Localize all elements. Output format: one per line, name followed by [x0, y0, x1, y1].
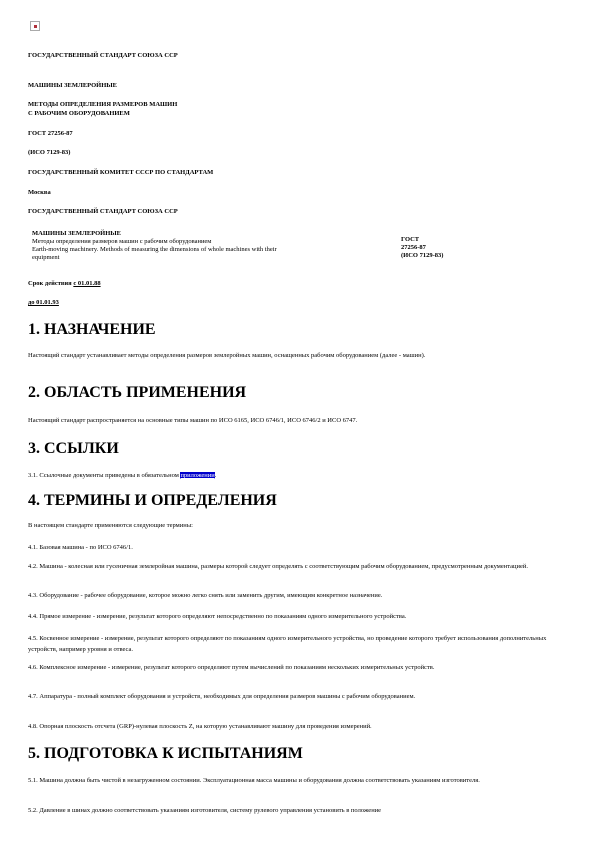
subject-label: МАШИНЫ ЗЕМЛЕРОЙНЫЕ [28, 82, 117, 90]
city-label: Москва [28, 189, 51, 197]
section-heading-3: 3. ССЫЛКИ [28, 440, 119, 458]
title-block-title-ru: Методы определения размеров машин с рабо… [32, 238, 211, 246]
section-heading-2: 2. ОБЛАСТЬ ПРИМЕНЕНИЯ [28, 384, 246, 402]
validity-from: Срок действия с 01.01.88 [28, 280, 101, 288]
section-heading-4: 4. ТЕРМИНЫ И ОПРЕДЕЛЕНИЯ [28, 492, 277, 510]
validity-to-date: до 01.01.93 [28, 299, 59, 307]
section-4-intro: В настоящем стандарте применяются следую… [28, 521, 568, 532]
section-2-paragraph: Настоящий стандарт распространяется на о… [28, 416, 568, 427]
iso-number: (ИСО 7129-83) [28, 149, 70, 157]
title-block-gost-label: ГОСТ [401, 236, 419, 244]
term-4-7: 4.7. Аппаратура - полный комплект оборуд… [28, 692, 568, 703]
title-block-gost-number: 27256-87 [401, 244, 426, 252]
term-4-8: 4.8. Опорная плоскость отсчета (GRP)-нул… [28, 722, 568, 733]
term-4-4: 4.4. Прямое измерение - измерение, резул… [28, 612, 568, 623]
term-4-6: 4.6. Комплексное измерение - измерение, … [28, 663, 568, 674]
state-standard-label: ГОСУДАРСТВЕННЫЙ СТАНДАРТ СОЮЗА ССР [28, 52, 178, 60]
gost-number: ГОСТ 27256-87 [28, 130, 73, 138]
term-4-5: 4.5. Косвенное измерение - измерение, ре… [28, 634, 568, 655]
section-1-paragraph: Настоящий стандарт устанавливает методы … [28, 351, 568, 362]
broken-image-icon [30, 21, 40, 31]
title-line-1: МЕТОДЫ ОПРЕДЕЛЕНИЯ РАЗМЕРОВ МАШИН [28, 101, 177, 109]
term-4-3: 4.3. Оборудование - рабочее оборудование… [28, 591, 568, 602]
section-5-1: 5.1. Машина должна быть чистой в незагру… [28, 776, 568, 787]
state-standard-label-2: ГОСУДАРСТВЕННЫЙ СТАНДАРТ СОЮЗА ССР [28, 208, 178, 216]
title-line-2: С РАБОЧИМ ОБОРУДОВАНИЕМ [28, 110, 130, 118]
title-block-subject: МАШИНЫ ЗЕМЛЕРОЙНЫЕ [32, 230, 121, 238]
title-block-iso: (ИСО 7129-83) [401, 252, 443, 260]
section-3-paragraph: 3.1. Ссылочные документы приведены в обя… [28, 471, 568, 482]
validity-from-label: Срок действия [28, 280, 73, 287]
title-block-title-en-1: Earth-moving machinery. Methods of measu… [32, 246, 277, 254]
section-heading-1: 1. НАЗНАЧЕНИЕ [28, 321, 156, 339]
committee-label: ГОСУДАРСТВЕННЫЙ КОМИТЕТ СССР ПО СТАНДАРТ… [28, 169, 213, 177]
term-4-1: 4.1. Базовая машина - по ИСО 6746/1. [28, 543, 568, 554]
section-5-2: 5.2. Давление в шинах должно соответство… [28, 806, 568, 817]
term-4-2: 4.2. Машина - колесная или гусеничная зе… [28, 562, 568, 573]
title-block-title-en-2: equipment [32, 254, 59, 262]
section-3-text: 3.1. Ссылочные документы приведены в обя… [28, 472, 180, 479]
section-heading-5: 5. ПОДГОТОВКА К ИСПЫТАНИЯМ [28, 745, 303, 763]
appendix-link[interactable]: приложении [180, 472, 214, 479]
validity-from-date: с 01.01.88 [73, 280, 100, 287]
section-3-suffix: . [215, 472, 217, 479]
